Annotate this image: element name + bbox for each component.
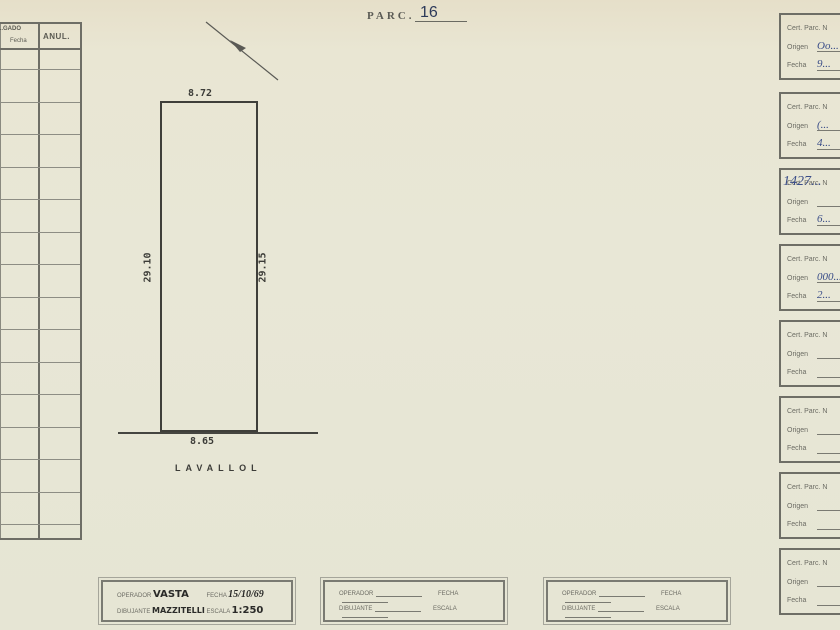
register-table: ...GADO Fecha ANUL. [0,22,82,540]
register-row-line [0,69,80,70]
dibujante-label: DIBUJANTE [117,609,150,615]
fecha-field [817,453,840,454]
operador-field [376,595,422,597]
origen-field [817,434,840,435]
fecha-field [817,301,840,302]
register-row-line [0,199,80,200]
operador-label: OPERADOR [339,591,373,597]
origen-label: Origen [787,275,808,282]
fecha-label: Fecha [787,293,806,300]
parcel-outline [160,101,258,432]
fecha-field [565,601,611,603]
fecha-field [342,601,388,603]
operador-field [599,595,645,597]
fecha-field [817,70,840,71]
register-header-gado: ...GADO [0,26,21,32]
cert-box-2: Cert. Parc. N Origen (... Fecha 4... [779,92,840,159]
fecha-label: Fecha [787,369,806,376]
dimension-right: 29.15 [258,252,269,282]
register-row-line [0,492,80,493]
dimension-left: 29.10 [143,252,154,282]
cert-label: Cert. Parc. N [787,408,827,415]
register-row-line [0,134,80,135]
register-row-line [0,362,80,363]
dibujante-label: DIBUJANTE [339,606,372,612]
cert-label: Cert. Parc. N [787,25,827,32]
fecha-label: FECHA [438,591,458,597]
cert-label: Cert. Parc. N [787,256,827,263]
register-row-line [0,167,80,168]
origen-label: Origen [787,579,808,586]
register-row-line [0,102,80,103]
dibujante-label: DIBUJANTE [562,606,595,612]
dimension-front: 8.72 [188,88,212,99]
cert-label: Cert. Parc. N [787,484,827,491]
fecha-field [817,225,840,226]
fecha-label: FECHA [206,593,226,599]
footer-box-1: OPERADOR VASTA FECHA 15/10/69 DIBUJANTE … [101,580,293,622]
escala-value: 1:250 [232,605,264,616]
fecha-label: Fecha [787,217,806,224]
cert-label: Cert. Parc. N [787,560,827,567]
fecha-value: 4... [817,137,831,149]
cert-box-6: Cert. Parc. N Origen Fecha [779,396,840,463]
escala-label: ESCALA [433,606,457,612]
street-name: LAVALLOL [175,463,262,473]
fecha-label: Fecha [787,62,806,69]
origen-field [817,282,840,283]
dibujante-value: MAZZITELLI [152,606,205,615]
fecha-field [817,377,840,378]
operador-label: OPERADOR [562,591,596,597]
dibujante-field [375,610,421,612]
parcel-label: PARC. [367,10,414,22]
cert-label: Cert. Parc. N [787,104,827,111]
origen-field [817,586,840,587]
origen-label: Origen [787,123,808,130]
register-header-fecha: Fecha [10,38,27,44]
escala-field [565,616,611,618]
north-arrow-icon [200,18,284,84]
fecha-value: 6... [817,213,831,225]
fecha-value: 9... [817,58,831,70]
register-row-line [0,297,80,298]
parcel-number: 16 [420,4,438,22]
street-line [118,432,318,434]
footer-box-3: OPERADOR FECHA DIBUJANTE ESCALA [546,580,728,622]
origen-label: Origen [787,427,808,434]
fecha-label: Fecha [787,597,806,604]
register-header: ...GADO Fecha ANUL. [0,24,80,50]
footer-box-2: OPERADOR FECHA DIBUJANTE ESCALA [323,580,505,622]
register-row-line [0,459,80,460]
cert-label: Cert. Parc. N [787,332,827,339]
cert-box-7: Cert. Parc. N Origen Fecha [779,472,840,539]
cert-box-3: Cert. Parc. N 1427... Origen Fecha 6... [779,168,840,235]
register-row-line [0,524,80,525]
escala-label: ESCALA [207,609,230,615]
dimension-back: 8.65 [190,436,214,447]
origen-field [817,206,840,207]
dibujante-field [598,610,644,612]
origen-field [817,51,840,52]
operador-value: VASTA [153,589,189,600]
fecha-field [817,529,840,530]
cert-box-5: Cert. Parc. N Origen Fecha [779,320,840,387]
escala-field [342,616,388,618]
origen-label: Origen [787,44,808,51]
parcel-underline [415,21,467,22]
register-row-line [0,329,80,330]
cert-box-1: Cert. Parc. N Origen Oo... Fecha 9... [779,13,840,80]
fecha-field [817,605,840,606]
register-row-line [0,394,80,395]
origen-label: Origen [787,503,808,510]
origen-field [817,510,840,511]
cert-value: 1427... [783,174,822,190]
register-row-line [0,264,80,265]
operador-label: OPERADOR [117,593,151,599]
fecha-value: 2... [817,289,831,301]
fecha-field [817,149,840,150]
register-row-line [0,427,80,428]
origen-label: Origen [787,199,808,206]
register-row-line [0,232,80,233]
fecha-value: 15/10/69 [228,589,264,600]
register-header-anul: ANUL. [43,32,70,41]
fecha-label: Fecha [787,141,806,148]
origen-field [817,358,840,359]
escala-label: ESCALA [656,606,680,612]
origen-field [817,130,840,131]
fecha-label: FECHA [661,591,681,597]
cert-box-4: Cert. Parc. N Origen 000... Fecha 2... [779,244,840,311]
cert-box-8: Cert. Parc. N Origen Fecha [779,548,840,615]
origen-label: Origen [787,351,808,358]
fecha-label: Fecha [787,521,806,528]
fecha-label: Fecha [787,445,806,452]
